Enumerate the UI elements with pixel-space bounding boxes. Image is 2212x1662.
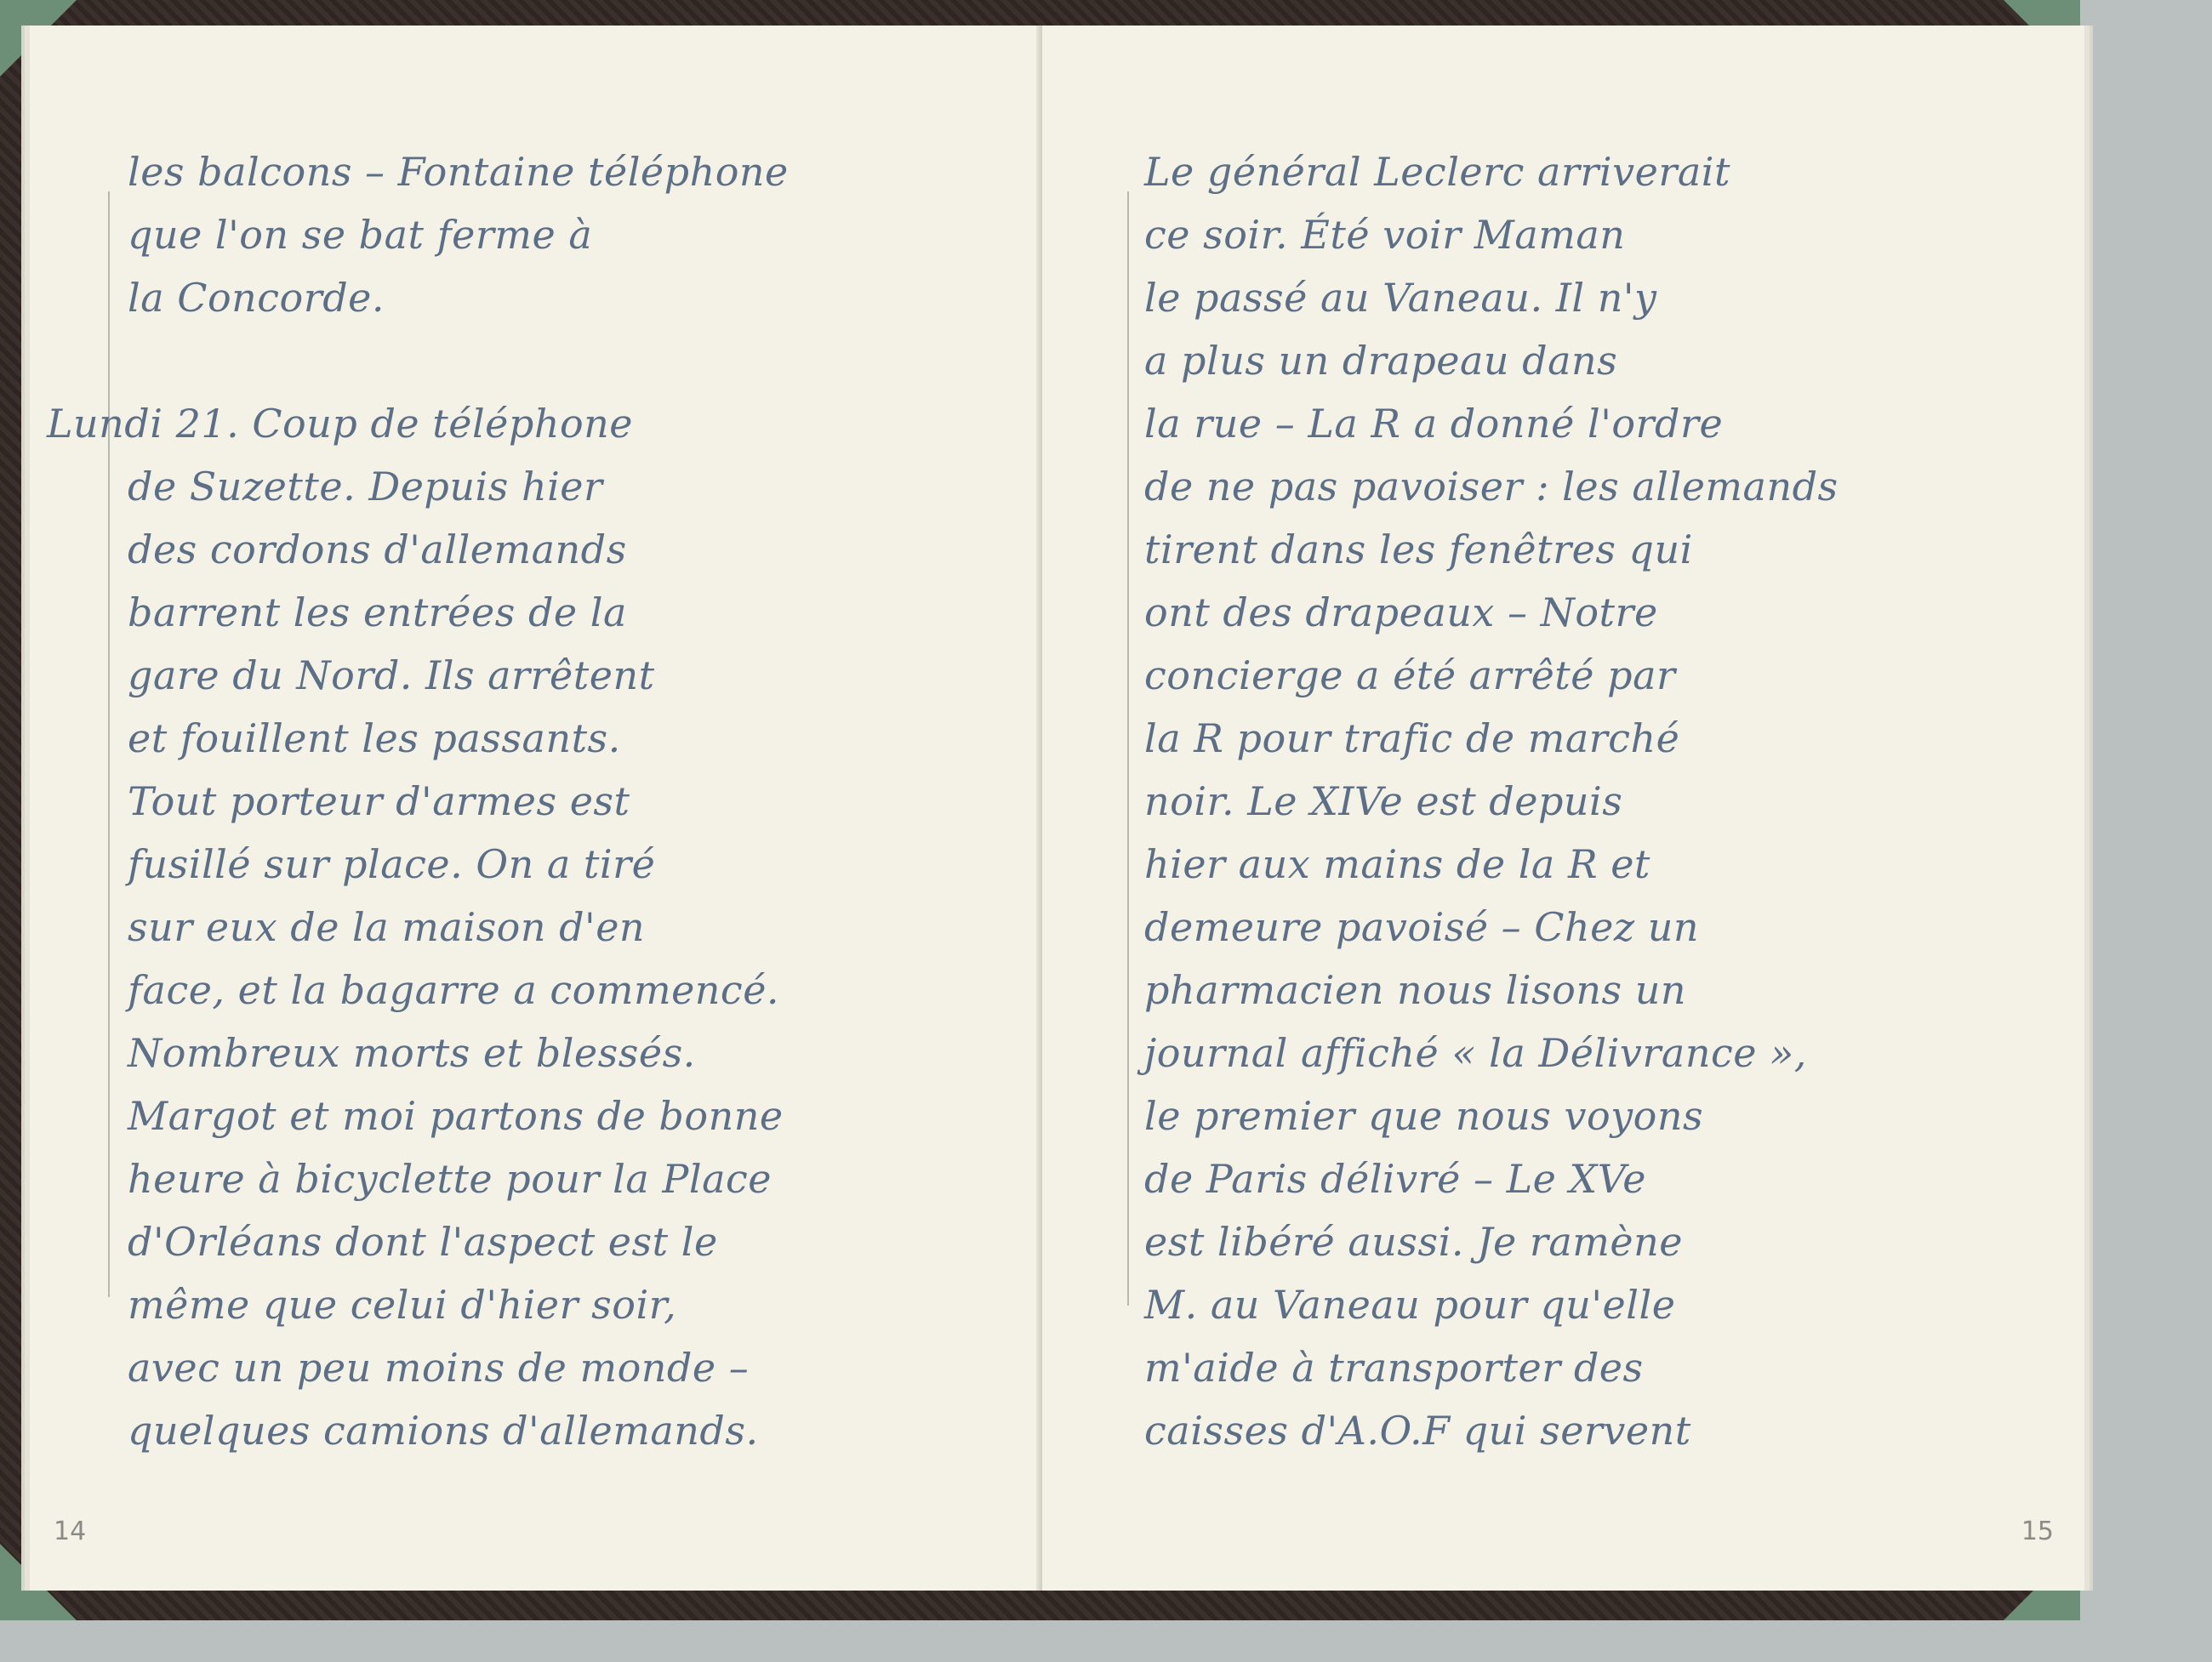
text-line: de Paris délivré – Le XVe xyxy=(1042,1147,2084,1210)
left-page: les balcons – Fontaine téléphone que l'o… xyxy=(30,26,1042,1591)
text-line: que l'on se bat ferme à xyxy=(30,203,1042,266)
text-line: tirent dans les fenêtres qui xyxy=(1042,518,2084,581)
text-line: M. au Vaneau pour qu'elle xyxy=(1042,1273,2084,1336)
text-line: la rue – La R a donné l'ordre xyxy=(1042,392,2084,455)
right-page-text: Le général Leclerc arriverait ce soir. É… xyxy=(1042,140,2084,1462)
page-number: 14 xyxy=(54,1517,86,1546)
text-line: fusillé sur place. On a tiré xyxy=(30,833,1042,896)
text-line: est libéré aussi. Je ramène xyxy=(1042,1210,2084,1273)
text-line: Tout porteur d'armes est xyxy=(30,770,1042,833)
text-line: caisses d'A.O.F qui servent xyxy=(1042,1399,2084,1462)
blank-line xyxy=(30,329,1042,392)
text-line: quelques camions d'allemands. xyxy=(30,1399,1042,1462)
text-line: heure à bicyclette pour la Place xyxy=(30,1147,1042,1210)
entry-date-line: Lundi 21. Coup de téléphone xyxy=(30,392,1042,455)
text-line: noir. Le XIVe est depuis xyxy=(1042,770,2084,833)
text-line: des cordons d'allemands xyxy=(30,518,1042,581)
left-page-text: les balcons – Fontaine téléphone que l'o… xyxy=(30,140,1042,1462)
text-line: Nombreux morts et blessés. xyxy=(30,1022,1042,1084)
text-line: ce soir. Été voir Maman xyxy=(1042,203,2084,266)
text-line: journal affiché « la Délivrance », xyxy=(1042,1022,2084,1084)
text-line: le premier que nous voyons xyxy=(1042,1084,2084,1147)
text-line: ont des drapeaux – Notre xyxy=(1042,581,2084,644)
text-line: concierge a été arrêté par xyxy=(1042,644,2084,707)
text-line: avec un peu moins de monde – xyxy=(30,1336,1042,1399)
text-line: barrent les entrées de la xyxy=(30,581,1042,644)
text-line: de ne pas pavoiser : les allemands xyxy=(1042,455,2084,518)
text-line: la R pour trafic de marché xyxy=(1042,707,2084,770)
text-line: le passé au Vaneau. Il n'y xyxy=(1042,266,2084,329)
text-line: les balcons – Fontaine téléphone xyxy=(30,140,1042,203)
text-line: Margot et moi partons de bonne xyxy=(30,1084,1042,1147)
text-line: de Suzette. Depuis hier xyxy=(30,455,1042,518)
text-line: face, et la bagarre a commencé. xyxy=(30,959,1042,1022)
page-number: 15 xyxy=(2021,1517,2054,1546)
text-line: même que celui d'hier soir, xyxy=(30,1273,1042,1336)
text-line: sur eux de la maison d'en xyxy=(30,896,1042,959)
text-line: Le général Leclerc arriverait xyxy=(1042,140,2084,203)
text-line: pharmacien nous lisons un xyxy=(1042,959,2084,1022)
text-line: et fouillent les passants. xyxy=(30,707,1042,770)
text-line: a plus un drapeau dans xyxy=(1042,329,2084,392)
text-line: gare du Nord. Ils arrêtent xyxy=(30,644,1042,707)
text-line: demeure pavoisé – Chez un xyxy=(1042,896,2084,959)
right-page: Le général Leclerc arriverait ce soir. É… xyxy=(1042,26,2084,1591)
text-line: la Concorde. xyxy=(30,266,1042,329)
text-line: m'aide à transporter des xyxy=(1042,1336,2084,1399)
text-line: hier aux mains de la R et xyxy=(1042,833,2084,896)
text-line: d'Orléans dont l'aspect est le xyxy=(30,1210,1042,1273)
